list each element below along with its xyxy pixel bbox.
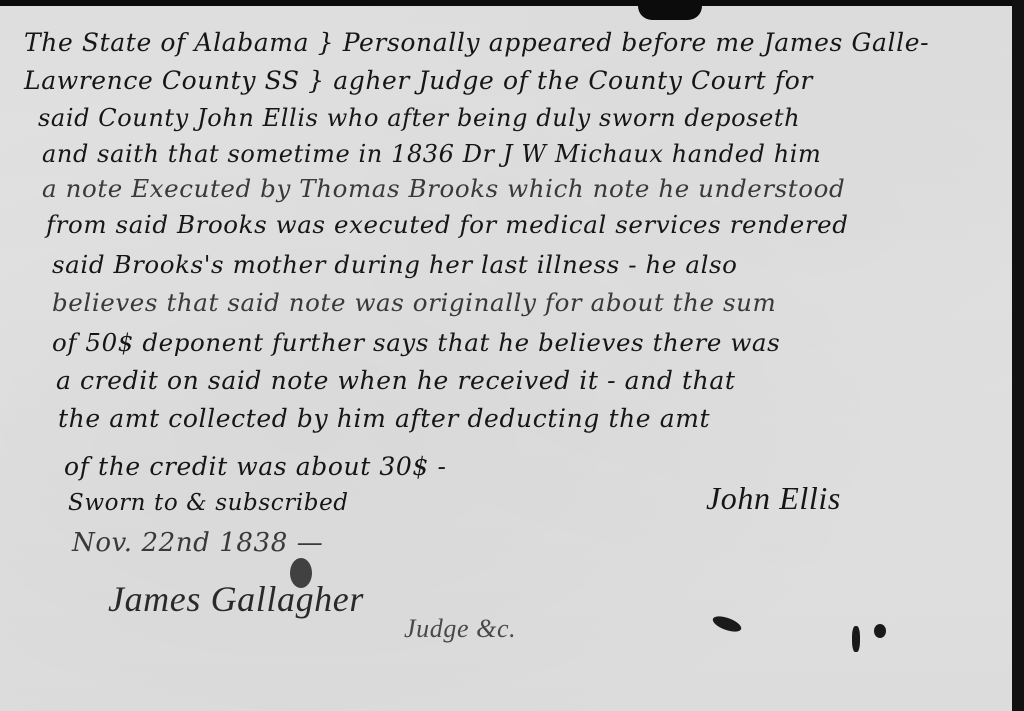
body-line-12: of the credit was about 30$ -	[64, 452, 447, 481]
document-page: The State of Alabama } Personally appear…	[0, 6, 1012, 711]
body-line-9: of 50$ deponent further says that he bel…	[52, 328, 780, 357]
body-line-8: believes that said note was originally f…	[52, 288, 776, 317]
jurat-date: Nov. 22nd 1838 —	[72, 528, 323, 558]
ink-blot	[711, 613, 743, 635]
judge-signature: James Gallagher	[108, 578, 364, 620]
body-line-2: Lawrence County SS } agher Judge of the …	[24, 66, 813, 95]
body-line-6: from said Brooks was executed for medica…	[46, 210, 849, 239]
body-line-11: the amt collected by him after deducting…	[58, 404, 710, 433]
ink-blot	[874, 624, 886, 638]
body-line-3: said County John Ellis who after being d…	[38, 104, 800, 132]
ink-blot	[852, 626, 860, 652]
scan-edge	[1012, 0, 1024, 711]
torn-edge	[638, 6, 702, 20]
body-line-1: The State of Alabama } Personally appear…	[24, 28, 929, 57]
deponent-signature: John Ellis	[706, 480, 841, 517]
ink-blot	[290, 558, 312, 588]
body-line-5: a note Executed by Thomas Brooks which n…	[42, 174, 845, 203]
body-line-10: a credit on said note when he received i…	[56, 366, 736, 395]
judge-title: Judge &c.	[404, 614, 516, 644]
body-line-4: and saith that sometime in 1836 Dr J W M…	[42, 140, 821, 168]
jurat-line: Sworn to & subscribed	[68, 490, 349, 516]
body-line-7: said Brooks's mother during her last ill…	[52, 250, 738, 279]
